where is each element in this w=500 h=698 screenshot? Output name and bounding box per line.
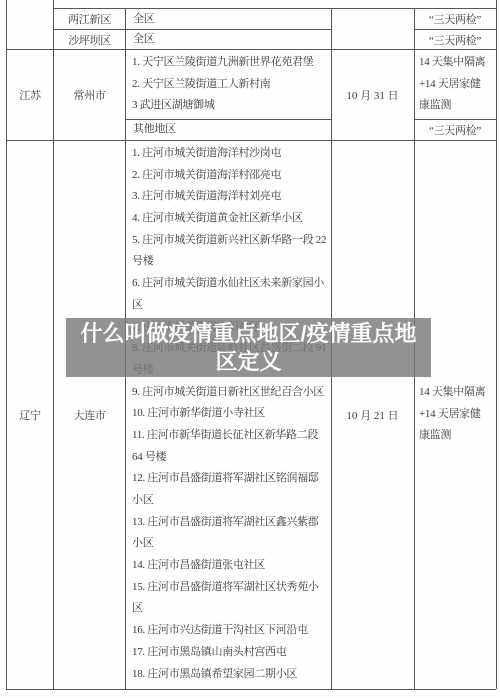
cell-city-changzhou: 常州市 [54, 50, 125, 139]
cell-district-liangjiang: 两江新区 [54, 9, 125, 29]
cell-areas-dalian: 1. 庄河市城关街道海洋村沙岗屯2. 庄河市城关街道海洋村邵亮屯3. 庄河市城关… [126, 141, 330, 688]
cell-area-shapingba: 全区 [126, 30, 330, 49]
table-border-right [496, 0, 497, 689]
text-line: 16. 庄河市兴达街道干沟社区下河沿屯 [132, 620, 329, 642]
overlay-title-text: 什么叫做疫情重点地区/疫情重点地区定义 [73, 320, 425, 376]
cell-date-changzhou: 10 月 31 日 [332, 50, 413, 139]
cell-measure-dalian: 14 天集中隔离+14 天居家健康监测 [415, 141, 495, 688]
cell-measure-changzhou: 14 天集中隔离+14 天居家健康监测 [415, 50, 495, 119]
overlay-title-banner: 什么叫做疫情重点地区/疫情重点地区定义 [66, 318, 431, 377]
text-line: 3. 庄河市城关街道海洋村刘亮屯 [132, 186, 329, 208]
cell-measure-shapingba: “三天两检” [415, 30, 495, 49]
text-line: +14 天居家健 [419, 404, 493, 426]
text-line: 2. 天宁区兰陵街道工人新村南 [132, 74, 329, 96]
text-line: +14 天居家健 [419, 74, 493, 96]
text-line: 2. 庄河市城关街道海洋村邵亮屯 [132, 165, 329, 187]
cell-district-shapingba: 沙坪坝区 [54, 30, 125, 49]
text-line: 号楼 [132, 251, 329, 273]
cell-areas-changzhou: 1. 天宁区兰陵街道九洲新世界花苑君堡2. 天宁区兰陵街道工人新村南3 武进区湖… [126, 50, 330, 119]
cell-date-dalian: 10 月 21 日 [332, 141, 413, 688]
cell-area-liangjiang: 全区 [126, 9, 330, 29]
text-line: 1. 天宁区兰陵街道九洲新世界花苑君堡 [132, 52, 329, 74]
text-line: 10. 庄河市新华街道小寺社区 [132, 403, 329, 425]
text-line: 12. 庄河市昌盛街道将军湖社区铭润福邸 [132, 468, 329, 490]
text-line: 15. 庄河市昌盛街道将军湖社区状秀苑小 [132, 577, 329, 599]
text-line: 13. 庄河市昌盛街道将军湖社区鑫兴紫郡 [132, 512, 329, 534]
table-border-bottom [6, 689, 496, 690]
text-line: 康监测 [419, 95, 493, 117]
text-line: 64 号楼 [132, 447, 329, 469]
text-line: 18. 庄河市黑岛镇希望家园二期小区 [132, 664, 329, 686]
text-line: 9. 庄河市城关街道日新社区世纪百合小区 [132, 382, 329, 404]
text-line: 4. 庄河市城关街道黄金社区新华小区 [132, 208, 329, 230]
text-line: 1. 庄河市城关街道海洋村沙岗屯 [132, 143, 329, 165]
cell-province-jiangsu: 江苏 [7, 50, 53, 139]
text-line: 康监测 [419, 425, 493, 447]
text-line: 3 武进区湖塘御城 [132, 95, 329, 117]
text-line: 小区 [132, 490, 329, 512]
cell-other-measure-changzhou: “三天两检” [415, 120, 495, 139]
text-line: 5. 庄河市城关街道新兴社区新华路一段 22 [132, 230, 329, 252]
text-line: 区 [132, 598, 329, 620]
text-line: 11. 庄河市新华街道长征社区新华路二段 [132, 425, 329, 447]
text-line: 小区 [132, 533, 329, 555]
text-line: 区 [132, 295, 329, 317]
epidemic-area-table-page: 两江新区 全区 “三天两检” 沙坪坝区 全区 “三天两检” 江苏 常州市 1. … [0, 0, 500, 698]
cell-province-liaoning: 辽宁 [7, 141, 53, 688]
text-line: 6. 庄河市城关街道水仙社区未来新家园小 [132, 273, 329, 295]
cell-city-dalian: 大连市 [54, 141, 125, 688]
text-line: 17. 庄河市黑岛镇山南头村宫西屯 [132, 642, 329, 664]
text-line: 14. 庄河市昌盛街道张屯社区 [132, 555, 329, 577]
text-line: 14 天集中隔离 [419, 52, 493, 74]
cell-other-area-changzhou: 其他地区 [126, 120, 330, 139]
text-line: 14 天集中隔离 [419, 382, 493, 404]
cell-measure-liangjiang: “三天两检” [415, 9, 495, 29]
